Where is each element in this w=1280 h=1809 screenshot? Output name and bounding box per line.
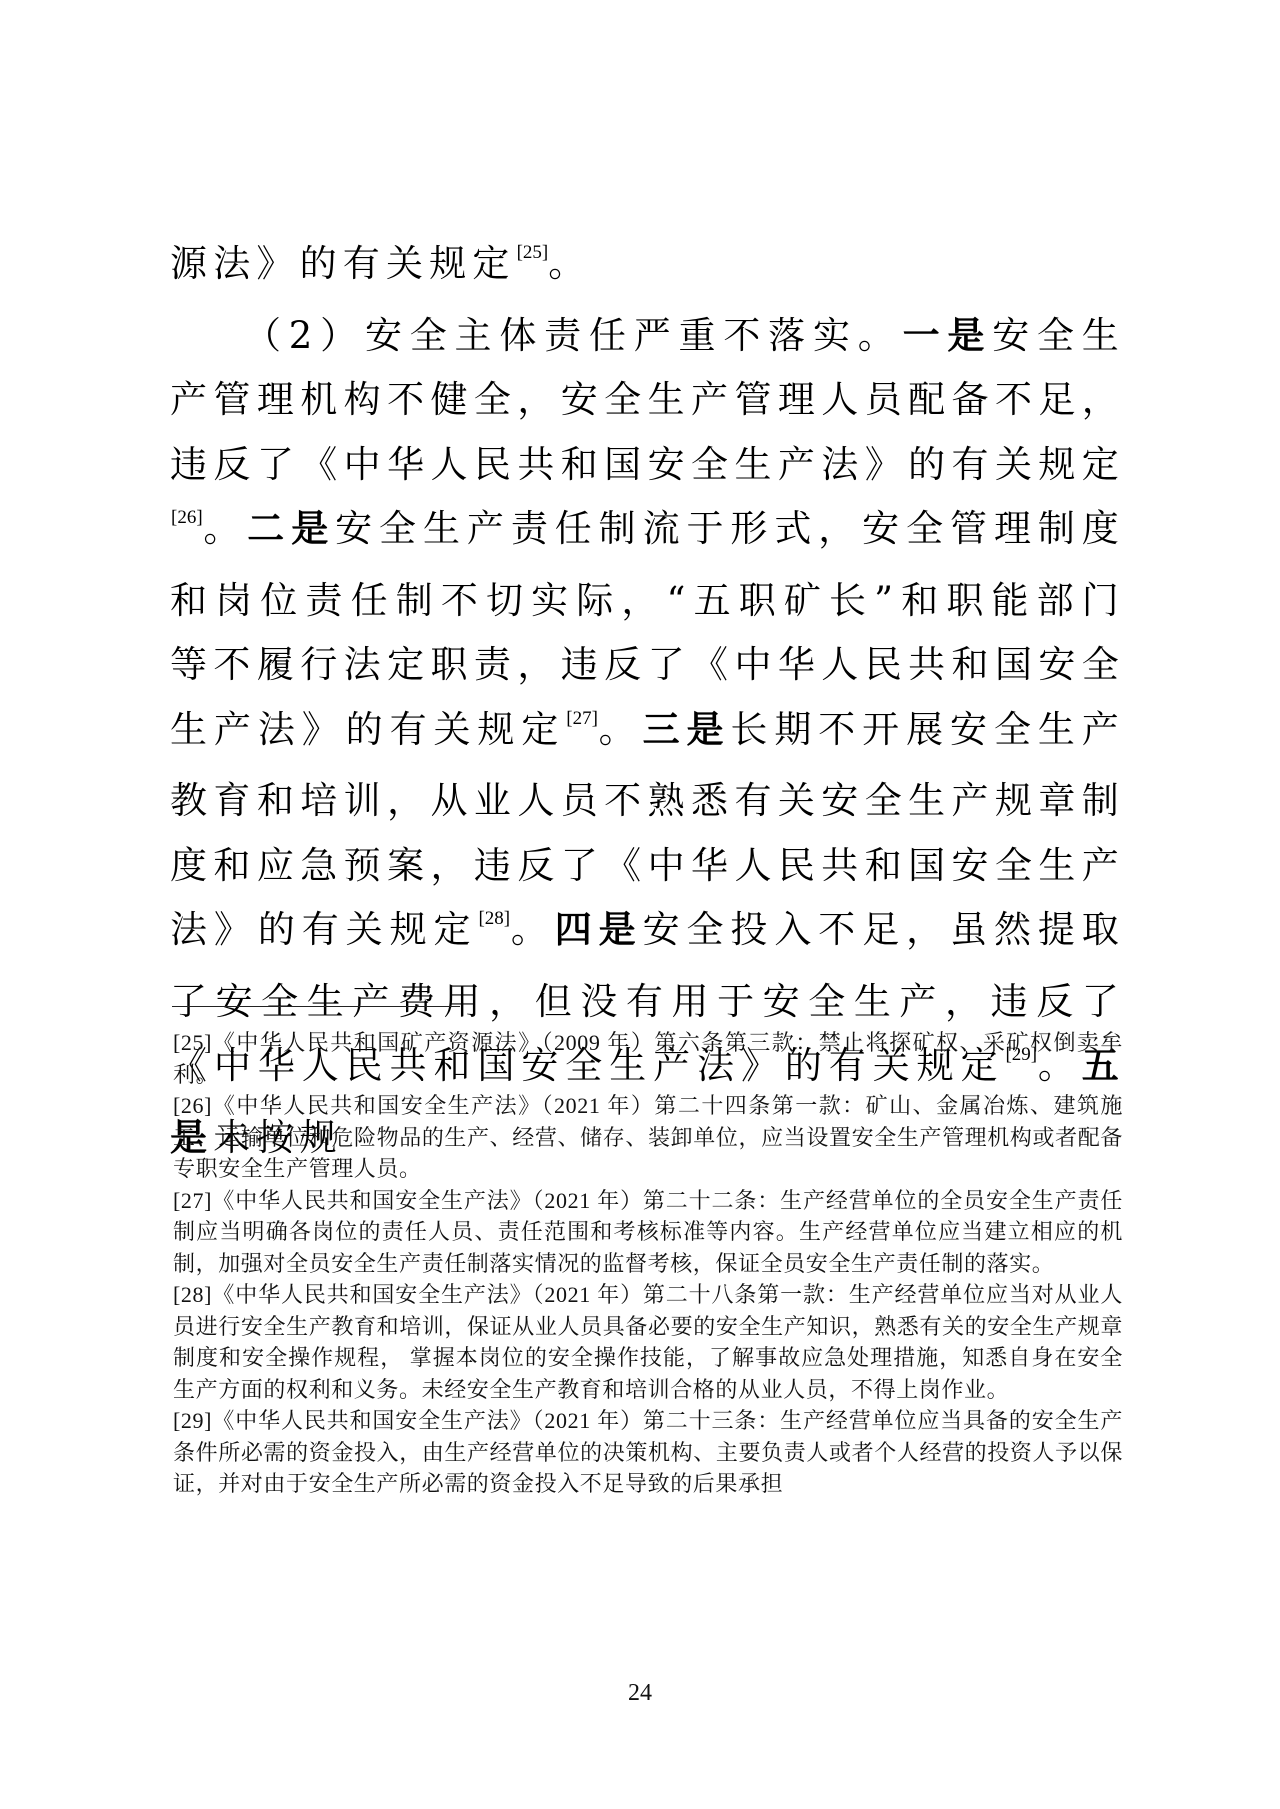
section-heading: （2）安全主体责任严重不落实。 — [244, 314, 903, 357]
text-run: 。 — [548, 242, 591, 285]
footnote-27: [27]《中华人民共和国安全生产法》（2021 年）第二十二条：生产经营单位的全… — [173, 1185, 1123, 1280]
text-run: 。 — [510, 908, 555, 951]
footnote-28: [28]《中华人民共和国安全生产法》（2021 年）第二十八条第一款：生产经营单… — [173, 1279, 1123, 1405]
footnotes: [25]《中华人民共和国矿产资源法》（2009 年）第六条第三款：禁止将探矿权、… — [173, 1027, 1123, 1500]
point-label-2: 二是 — [247, 507, 335, 550]
footnote-ref-28[interactable]: [28] — [478, 908, 510, 929]
text-run: 。 — [598, 708, 643, 751]
footnote-29: [29]《中华人民共和国安全生产法》（2021 年）第二十三条：生产经营单位应当… — [173, 1405, 1123, 1500]
point-label-1: 一是 — [903, 314, 993, 357]
footnote-ref-26[interactable]: [26] — [171, 507, 203, 528]
footnote-ref-27[interactable]: [27] — [566, 708, 598, 729]
page-number: 24 — [0, 1680, 1280, 1707]
point-label-4: 四是 — [555, 908, 643, 951]
point-label-3: 三是 — [643, 708, 731, 751]
text-run: 。 — [203, 507, 248, 550]
text-run: 源法》的有关规定 — [170, 242, 516, 285]
document-page: 源法》的有关规定[25]。 （2）安全主体责任严重不落实。一是安全生产管理机构不… — [0, 0, 1280, 1809]
footnote-26: [26]《中华人民共和国安全生产法》（2021 年）第二十四条第一款：矿山、金属… — [173, 1090, 1123, 1185]
footnote-25: [25]《中华人民共和国矿产资源法》（2009 年）第六条第三款：禁止将探矿权、… — [173, 1027, 1123, 1090]
footnote-ref-25[interactable]: [25] — [517, 242, 549, 263]
footnote-separator — [172, 1006, 460, 1007]
paragraph-continuation: 源法》的有关规定[25]。 — [170, 232, 1125, 304]
